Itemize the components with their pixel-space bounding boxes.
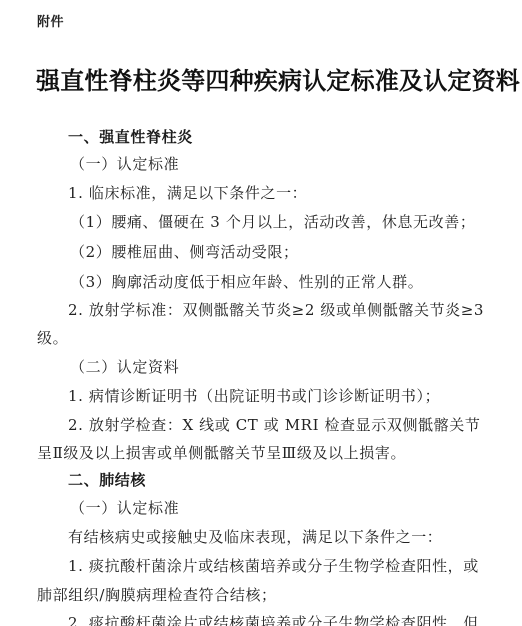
document-page: 附件 强直性脊柱炎等四种疾病认定标准及认定资料 一、强直性脊柱炎 （一）认定标准… [0, 0, 522, 626]
paragraph-tb-intro: 有结核病史或接触史及临床表现，满足以下条件之一： [68, 528, 442, 546]
paragraph-radiology-criteria: 2. 放射学标准：双侧骶髂关节炎≥2 级或单侧骶髂关节炎≥3 [68, 301, 484, 319]
section-heading-tuberculosis: 二、肺结核 [68, 471, 146, 489]
paragraph-item-1: （1）腰痛、僵硬在 3 个月以上，活动改善，休息无改善； [70, 213, 475, 231]
paragraph-clinical-criteria: 1. 临床标准，满足以下条件之一： [68, 184, 307, 202]
paragraph-radiology-exam: 2. 放射学检查：X 线或 CT 或 MRI 检查显示双侧骶髂关节 [68, 416, 480, 434]
section-heading-ankylosing-spondylitis: 一、强直性脊柱炎 [68, 128, 193, 146]
document-title: 强直性脊柱炎等四种疾病认定标准及认定资料 [36, 66, 520, 96]
paragraph-item-3: （3）胸廓活动度低于相应年龄、性别的正常人群。 [70, 273, 423, 291]
paragraph-diagnosis-certificate: 1. 病情诊断证明书（出院证明书或门诊诊断证明书）； [68, 387, 440, 405]
paragraph-radiology-exam-cont: 呈Ⅱ级及以上损害或单侧骶髂关节呈Ⅲ级及以上损害。 [37, 444, 406, 462]
subsection-heading-tb-criteria: （一）认定标准 [70, 499, 179, 517]
paragraph-item-2: （2）腰椎屈曲、侧弯活动受限； [70, 243, 299, 261]
paragraph-tb-item-2: 2. 痰抗酸杆菌涂片或结核菌培养或分子生物学检查阴性，但 [68, 614, 479, 626]
attachment-label: 附件 [37, 14, 64, 32]
subsection-heading-materials: （二）认定资料 [70, 358, 179, 376]
subsection-heading-criteria: （一）认定标准 [70, 155, 179, 173]
paragraph-tb-item-1: 1. 痰抗酸杆菌涂片或结核菌培养或分子生物学检查阳性，或 [68, 557, 479, 575]
paragraph-tb-item-1-cont: 肺部组织/胸膜病理检查符合结核； [37, 586, 277, 604]
paragraph-radiology-criteria-cont: 级。 [37, 329, 68, 347]
